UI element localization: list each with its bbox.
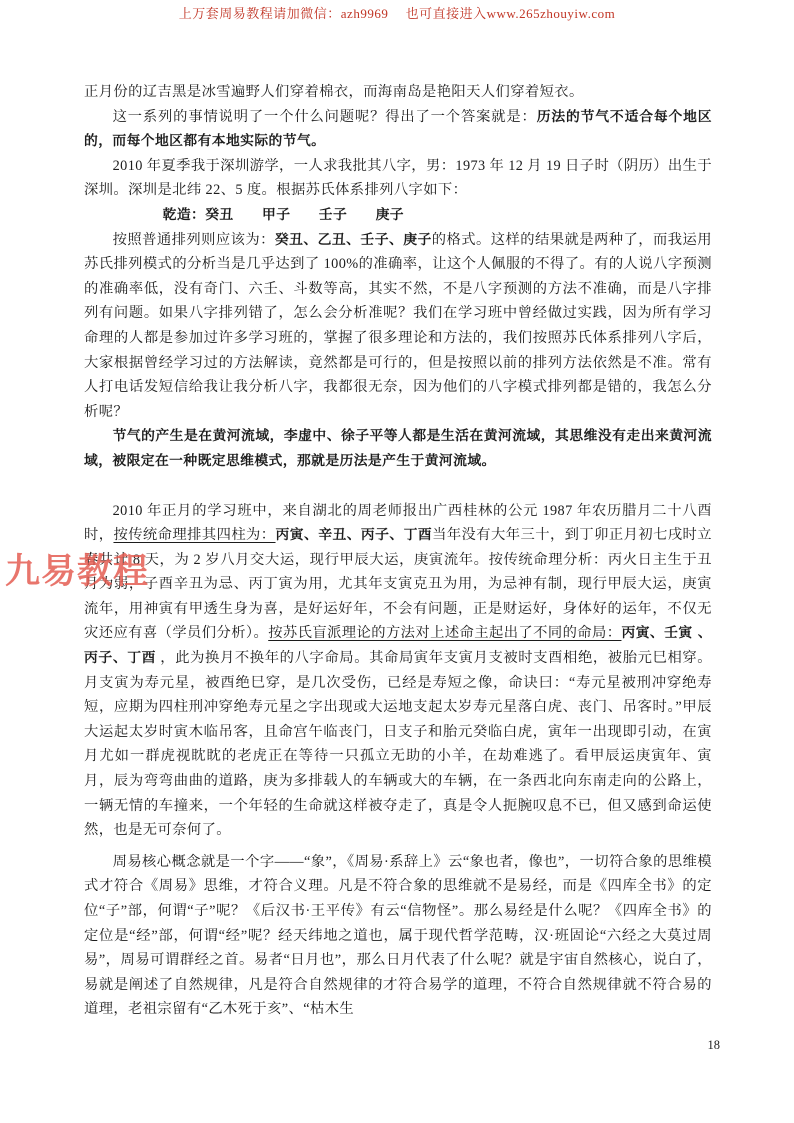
text-run: 的格式。这样的结果就是两种了，而我运用苏氏排列模式的分析当是几乎达到了 100%… <box>84 232 712 420</box>
body-paragraph: 2010 年正月的学习班中，来自湖北的周老师报出广西桂林的公元 1987 年农历… <box>84 499 712 843</box>
bold-text-run: 节气的产生是在黄河流域，李虚中、徐子平等人都是生活在黄河流域，其思维没有走出来黄… <box>84 428 712 469</box>
underlined-text-run: 按苏氏盲派理论的方法对上述命主起出了不同的命局： <box>268 625 621 641</box>
bold-text-run: 癸丑、乙丑、壬子、庚子 <box>275 232 432 248</box>
body-paragraph: 这一系列的事情说明了一个什么问题呢？得出了一个答案就是：历法的节气不适合每个地区… <box>84 105 712 154</box>
body-paragraph: 2010 年夏季我于深圳游学，一人求我批其八字，男：1973 年 12 月 19… <box>84 154 712 203</box>
text-run: 周易核心概念就是一个字——“象”，《周易·系辞上》云“象也者，像也”，一切符合象… <box>84 854 712 1018</box>
body-paragraph: 周易核心概念就是一个字——“象”，《周易·系辞上》云“象也者，像也”，一切符合象… <box>84 850 712 1022</box>
bold-text-run: 丙寅、辛丑、丙子、丁酉 <box>276 527 433 543</box>
text-run: 正月份的辽吉黑是冰雪遍野人们穿着棉衣，而海南岛是艳阳天人们穿着短衣。 <box>84 84 584 100</box>
document-body: 正月份的辽吉黑是冰雪遍野人们穿着棉衣，而海南岛是艳阳天人们穿着短衣。这一系列的事… <box>84 80 712 1022</box>
page-header-text: 上万套周易教程请加微信：azh9969 也可直接进入www.265zhouyiw… <box>0 3 794 22</box>
text-run: 按照普通排列则应该为： <box>113 232 275 248</box>
body-paragraph: 按照普通排列则应该为：癸丑、乙丑、壬子、庚子的格式。这样的结果就是两种了，而我运… <box>84 228 712 425</box>
page-number: 18 <box>708 1038 721 1053</box>
body-paragraph: 正月份的辽吉黑是冰雪遍野人们穿着棉衣，而海南岛是艳阳天人们穿着短衣。 <box>84 80 712 105</box>
document-page: 上万套周易教程请加微信：azh9969 也可直接进入www.265zhouyiw… <box>0 0 794 1123</box>
body-paragraph: 节气的产生是在黄河流域，李虚中、徐子平等人都是生活在黄河流域，其思维没有走出来黄… <box>84 424 712 473</box>
body-paragraph: 乾造：癸丑 甲子 壬子 庚子 <box>84 203 712 228</box>
text-run: 2010 年夏季我于深圳游学，一人求我批其八字，男：1973 年 12 月 19… <box>84 158 712 199</box>
text-run: ，此为换月不换年的八字命局。其命局寅年支寅月支被时支酉相绝，被胎元巳相穿。月支寅… <box>84 650 712 838</box>
underlined-text-run: 按传统命理排其四柱为： <box>113 527 275 543</box>
text-run: 这一系列的事情说明了一个什么问题呢？得出了一个答案就是： <box>113 109 537 125</box>
bold-text-run: 乾造：癸丑 甲子 壬子 庚子 <box>163 207 404 223</box>
